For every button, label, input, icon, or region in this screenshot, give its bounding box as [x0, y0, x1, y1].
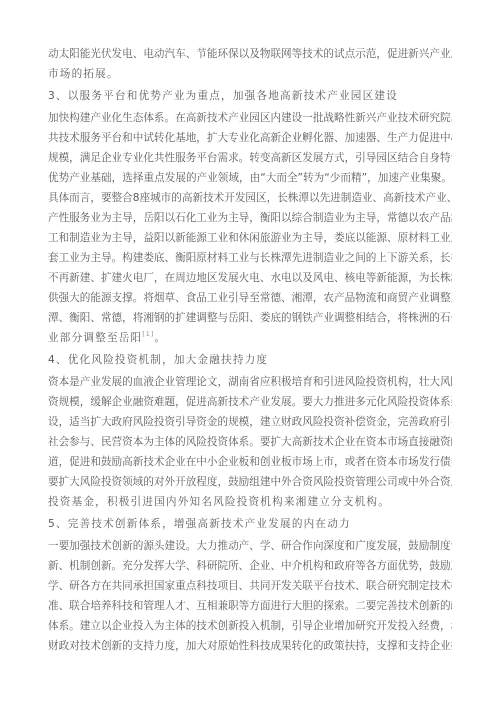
text-line: 加快构建产业化生态体系。在高新技术产业园区内建设一批战略性新兴产业技术研究院、公 [48, 108, 452, 128]
paragraph-industrial-parks: 加快构建产业化生态体系。在高新技术产业园区内建设一批战略性新兴产业技术研究院、公… [48, 108, 452, 348]
text-line: 要扩大风险投资领域的对外开放程度，鼓励组建中外合资风险投资管理公司或中外合资风险 [48, 472, 452, 492]
text-line: 资规模，缓解企业融资难题，促进高新技术产业发展。要大力推进多元化风险投资体系建 [48, 392, 452, 412]
text-line: 共技术服务平台和中试转化基地，扩大专业化高新企业孵化器、加速器、生产力促进中心的 [48, 128, 452, 148]
text-line: 业部分调整至岳阳[1]。 [48, 328, 452, 348]
text-line: 投资基金，积极引进国内外知名风险投资机构来湘建立分支机构。 [48, 492, 452, 512]
section-heading-4: 4、优化风险投资机制，加大金融扶持力度 [48, 350, 452, 370]
citation-marker[interactable]: [1] [142, 331, 154, 338]
text-line: 优势产业基础，选择重点发展的产业领域，由“大而全”转为“少而精”，加速产业集聚。 [48, 168, 452, 188]
text-line: 学、研各方在共同承担国家重点科技项目、共同开发关联平台技术、联合研究制定技术标 [48, 576, 452, 596]
text-line: 潭、衡阳、常德，将湘钢的扩建调整与岳阳、娄底的钢铁产业调整相结合，将株洲的石化工 [48, 308, 452, 328]
text-line: 市场的拓展。 [48, 64, 452, 84]
text-line: 规模，满足企业专业化共性服务平台需求。转变高新区发展方式，引导园区结合自身特色和 [48, 148, 452, 168]
text-line: 具体而言，要整合8座城市的高新技术开发园区，长株潭以先进制造业、高新技术产业、生 [48, 188, 452, 208]
text-line: 设，适当扩大政府风险投资引导资金的规模，建立财政风险投资补偿资金，完善政府引导、 [48, 412, 452, 432]
text-line: 产性服务业为主导，岳阳以石化工业为主导，衡阳以综合制造业为主导，常德以农产品深加 [48, 208, 452, 228]
paragraph-innovation-system: 一要加强技术创新的源头建设。大力推动产、学、研合作向深度和广度发展，鼓励制度创 … [48, 536, 452, 656]
text-line: 体系。建立以企业投入为主体的技术创新投入机制，引导企业增加研究开发投入经费，增加 [48, 616, 452, 636]
text-line: 社会参与、民营资本为主体的风险投资体系。要扩大高新技术企业在资本市场直接融资的渠 [48, 432, 452, 452]
text-line: 准、联合培养科技和管理人才、互相兼职等方面进行大胆的探索。二要完善技术创新的政策 [48, 596, 452, 616]
document-page: 动太阳能光伏发电、电动汽车、节能环保以及物联网等技术的试点示范，促进新兴产业应用… [48, 44, 452, 656]
text-line: 动太阳能光伏发电、电动汽车、节能环保以及物联网等技术的试点示范，促进新兴产业应用 [48, 44, 452, 64]
text-line: 不再新建、扩建火电厂，在周边地区发展火电、水电以及风电、核电等新能源，为长株潭提 [48, 268, 452, 288]
text-line: 资本是产业发展的血液企业管理论文，湖南省应积极培育和引进风险投资机构，壮大风险投 [48, 372, 452, 392]
text-fragment: 业部分调整至岳阳 [48, 332, 142, 344]
text-line: 一要加强技术创新的源头建设。大力推动产、学、研合作向深度和广度发展，鼓励制度创 [48, 536, 452, 556]
text-line: 套工业为主导。构建娄底、衡阳原材料工业与长株潭先进制造业之间的上下游关系，长株潭 [48, 248, 452, 268]
paragraph-venture-capital: 资本是产业发展的血液企业管理论文，湖南省应积极培育和引进风险投资机构，壮大风险投… [48, 372, 452, 512]
text-line: 供强大的能源支撑。将烟草、食品工业引导至常德、湘潭，农产品物流和商贸产业调整至湘 [48, 288, 452, 308]
text-line: 道，促进和鼓励高新技术企业在中小企业板和创业板市场上市，或者在资本市场发行债券。 [48, 452, 452, 472]
text-line: 工和制造业为主导，益阳以新能源工业和休闲旅游业为主导，娄底以能源、原材料工业及配 [48, 228, 452, 248]
text-line: 财政对技术创新的支持力度，加大对原始性科技成果转化的政策扶持，支撑和支持企业技术 [48, 636, 452, 656]
section-heading-3: 3、以服务平台和优势产业为重点，加强各地高新技术产业园区建设 [48, 86, 452, 106]
text-fragment: 。 [154, 332, 166, 344]
paragraph-continuation: 动太阳能光伏发电、电动汽车、节能环保以及物联网等技术的试点示范，促进新兴产业应用… [48, 44, 452, 84]
text-line: 新、机制创新。充分发挥大学、科研院所、企业、中介机构和政府等各方面优势，鼓励产、 [48, 556, 452, 576]
section-heading-5: 5、完善技术创新体系，增强高新技术产业发展的内在动力 [48, 514, 452, 534]
